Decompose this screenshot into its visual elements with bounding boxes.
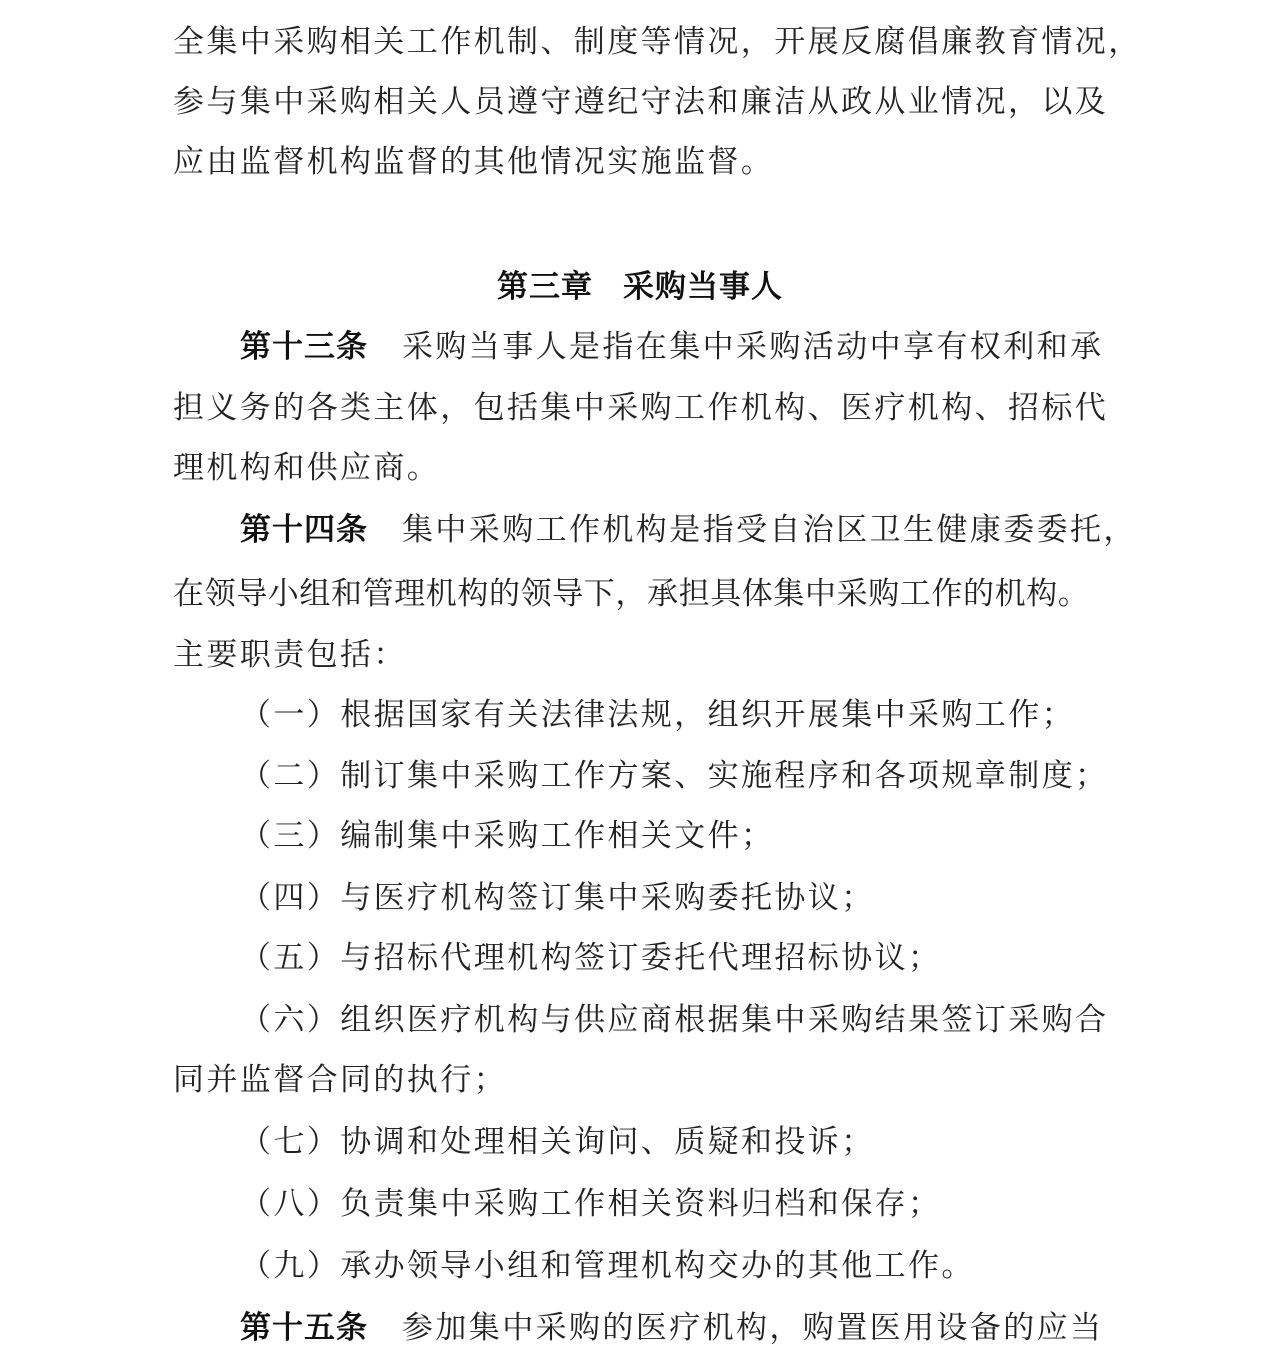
chapter-number: 第三章 — [497, 269, 593, 305]
list-marker: （三） — [240, 818, 340, 854]
list-marker: （一） — [240, 697, 340, 733]
article-label: 第十三条 — [240, 329, 368, 365]
paragraph-line: 主要职责包括： — [173, 635, 1113, 675]
list-text: 组织医疗机构与供应商根据集中采购结果签订采购合 — [340, 1002, 1108, 1038]
list-marker: （九） — [240, 1248, 340, 1284]
list-item: （九）承办领导小组和管理机构交办的其他工作。 — [240, 1246, 1180, 1286]
list-item: （七）协调和处理相关询问、质疑和投诉； — [240, 1122, 1180, 1162]
paragraph-line: 应由监督机构监督的其他情况实施监督。 — [173, 142, 1113, 182]
list-text: 与医疗机构签订集中采购委托协议； — [340, 880, 874, 916]
list-text: 制订集中采购工作方案、实施程序和各项规章制度； — [340, 758, 1108, 794]
list-marker: （八） — [240, 1186, 340, 1222]
article-label: 第十五条 — [240, 1310, 368, 1346]
list-item: （六）组织医疗机构与供应商根据集中采购结果签订采购合 — [240, 1000, 1180, 1040]
paragraph-line: 参与集中采购相关人员遵守遵纪守法和廉洁从政从业情况，以及 — [173, 82, 1098, 122]
list-marker: （二） — [240, 758, 340, 794]
list-item: （二）制订集中采购工作方案、实施程序和各项规章制度； — [240, 756, 1180, 796]
list-text: 负责集中采购工作相关资料归档和保存； — [340, 1186, 941, 1222]
article-14-first-line: 第十四条集中采购工作机构是指受自治区卫生健康委委托， — [240, 510, 1180, 550]
list-item: （一）根据国家有关法律法规，组织开展集中采购工作； — [240, 695, 1180, 735]
list-item: （三）编制集中采购工作相关文件； — [240, 816, 1180, 856]
list-text: 根据国家有关法律法规，组织开展集中采购工作； — [340, 697, 1075, 733]
document-page: 全集中采购相关工作机制、制度等情况，开展反腐倡廉教育情况， 参与集中采购相关人员… — [0, 0, 1280, 1363]
list-text: 承办领导小组和管理机构交办的其他工作。 — [340, 1248, 975, 1284]
list-text: 编制集中采购工作相关文件； — [340, 818, 774, 854]
list-text: 与招标代理机构签订委托代理招标协议； — [340, 940, 941, 976]
article-text: 参加集中采购的医疗机构，购置医用设备的应当 — [402, 1310, 1103, 1346]
article-15-first-line: 第十五条参加集中采购的医疗机构，购置医用设备的应当 — [240, 1308, 1180, 1348]
list-marker: （六） — [240, 1002, 340, 1038]
list-item: （八）负责集中采购工作相关资料归档和保存； — [240, 1184, 1180, 1224]
list-marker: （五） — [240, 940, 340, 976]
list-text: 协调和处理相关询问、质疑和投诉； — [340, 1124, 874, 1160]
article-text: 集中采购工作机构是指受自治区卫生健康委委托， — [402, 512, 1137, 548]
article-13-first-line: 第十三条采购当事人是指在集中采购活动中享有权利和承 — [240, 327, 1180, 367]
paragraph-line: 在领导小组和管理机构的领导下，承担具体集中采购工作的机构。 — [173, 574, 1113, 614]
chapter-heading: 第三章采购当事人 — [0, 267, 1280, 307]
list-item: （四）与医疗机构签订集中采购委托协议； — [240, 878, 1180, 918]
chapter-title: 采购当事人 — [623, 269, 783, 305]
list-marker: （四） — [240, 880, 340, 916]
paragraph-line: 全集中采购相关工作机制、制度等情况，开展反腐倡廉教育情况， — [173, 22, 1103, 62]
list-item-continuation: 同并监督合同的执行； — [173, 1060, 1113, 1100]
article-label: 第十四条 — [240, 512, 368, 548]
list-item: （五）与招标代理机构签订委托代理招标协议； — [240, 938, 1180, 978]
paragraph-line: 担义务的各类主体，包括集中采购工作机构、医疗机构、招标代 — [173, 388, 1098, 428]
list-marker: （七） — [240, 1124, 340, 1160]
article-text: 采购当事人是指在集中采购活动中享有权利和承 — [402, 329, 1103, 365]
paragraph-line: 理机构和供应商。 — [173, 448, 1113, 488]
